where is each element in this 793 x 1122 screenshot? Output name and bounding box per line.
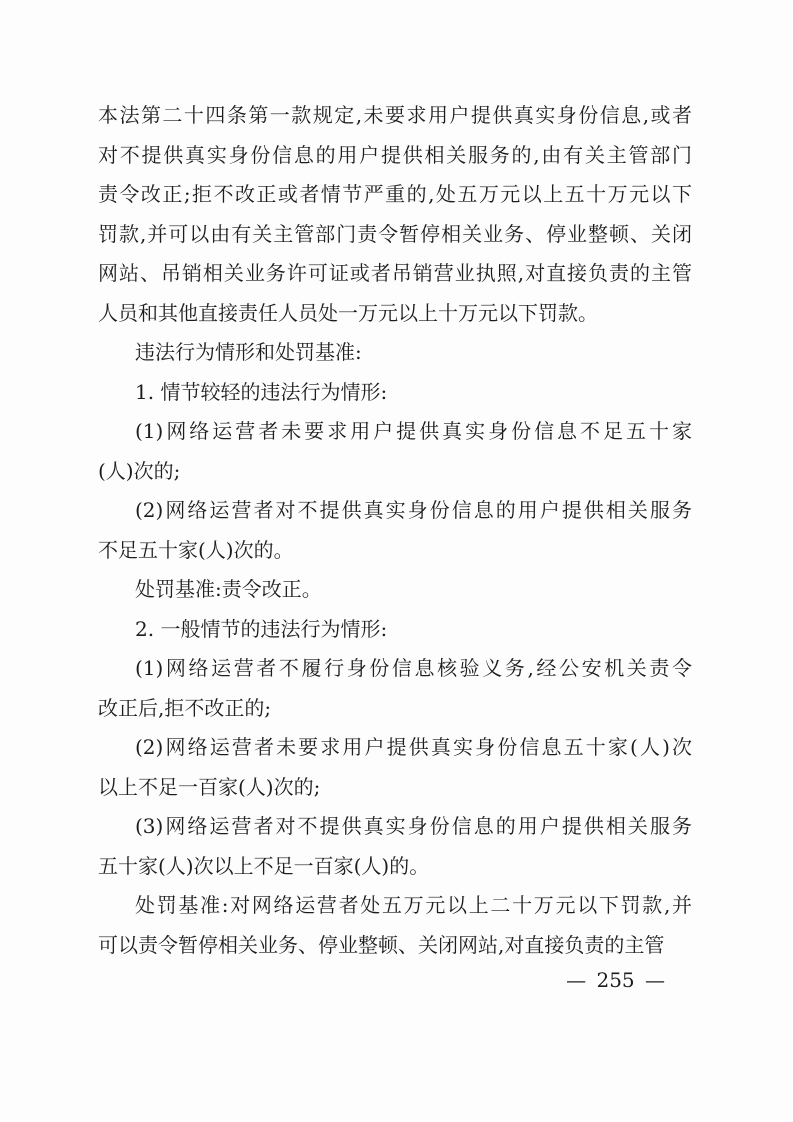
text-line: 对不提供真实身份信息的用户提供相关服务的,由有关主管部门 [98, 136, 692, 176]
text-line: 以上不足一百家(人)次的; [98, 768, 692, 808]
text-line: 不足五十家(人)次的。 [98, 531, 692, 571]
paragraph: (2)网络运营者对不提供真实身份信息的用户提供相关服务不足五十家(人)次的。 [98, 491, 692, 570]
text-line: 违法行为情形和处罚基准: [98, 333, 692, 373]
text-line: 本法第二十四条第一款规定,未要求用户提供真实身份信息,或者 [98, 96, 692, 136]
paragraph: 2. 一般情节的违法行为情形: [98, 610, 692, 650]
text-line: 责令改正;拒不改正或者情节严重的,处五万元以上五十万元以下 [98, 175, 692, 215]
text-line: 罚款,并可以由有关主管部门责令暂停相关业务、停业整顿、关闭 [98, 215, 692, 255]
paragraph: 处罚基准:责令改正。 [98, 570, 692, 610]
paragraph: (1)网络运营者不履行身份信息核验义务,经公安机关责令改正后,拒不改正的; [98, 649, 692, 728]
text-line: (2)网络运营者未要求用户提供真实身份信息五十家(人)次 [98, 728, 692, 768]
text-line: (3)网络运营者对不提供真实身份信息的用户提供相关服务 [98, 807, 692, 847]
text-line: (2)网络运营者对不提供真实身份信息的用户提供相关服务 [98, 491, 692, 531]
text-line: 2. 一般情节的违法行为情形: [98, 610, 692, 650]
paragraph: 本法第二十四条第一款规定,未要求用户提供真实身份信息,或者对不提供真实身份信息的… [98, 96, 692, 333]
paragraph: 1. 情节较轻的违法行为情形: [98, 373, 692, 413]
text-line: 处罚基准:对网络运营者处五万元以上二十万元以下罚款,并 [98, 886, 692, 926]
text-line: (1)网络运营者不履行身份信息核验义务,经公安机关责令 [98, 649, 692, 689]
page-number-text: — 255 — [566, 968, 665, 992]
text-line: 可以责令暂停相关业务、停业整顿、关闭网站,对直接负责的主管 [98, 926, 692, 966]
page-number: — 255 — [566, 966, 665, 994]
text-line: 1. 情节较轻的违法行为情形: [98, 373, 692, 413]
paragraph: 处罚基准:对网络运营者处五万元以上二十万元以下罚款,并可以责令暂停相关业务、停业… [98, 886, 692, 965]
text-line: (1)网络运营者未要求用户提供真实身份信息不足五十家 [98, 412, 692, 452]
text-line: 网站、吊销相关业务许可证或者吊销营业执照,对直接负责的主管 [98, 254, 692, 294]
paragraph: (1)网络运营者未要求用户提供真实身份信息不足五十家(人)次的; [98, 412, 692, 491]
text-line: 五十家(人)次以上不足一百家(人)的。 [98, 847, 692, 887]
page-body-text: 本法第二十四条第一款规定,未要求用户提供真实身份信息,或者对不提供真实身份信息的… [98, 96, 692, 965]
text-line: 处罚基准:责令改正。 [98, 570, 692, 610]
paragraph: (3)网络运营者对不提供真实身份信息的用户提供相关服务五十家(人)次以上不足一百… [98, 807, 692, 886]
paragraph: (2)网络运营者未要求用户提供真实身份信息五十家(人)次以上不足一百家(人)次的… [98, 728, 692, 807]
text-line: (人)次的; [98, 452, 692, 492]
text-line: 改正后,拒不改正的; [98, 689, 692, 729]
paragraph: 违法行为情形和处罚基准: [98, 333, 692, 373]
text-line: 人员和其他直接责任人员处一万元以上十万元以下罚款。 [98, 294, 692, 334]
